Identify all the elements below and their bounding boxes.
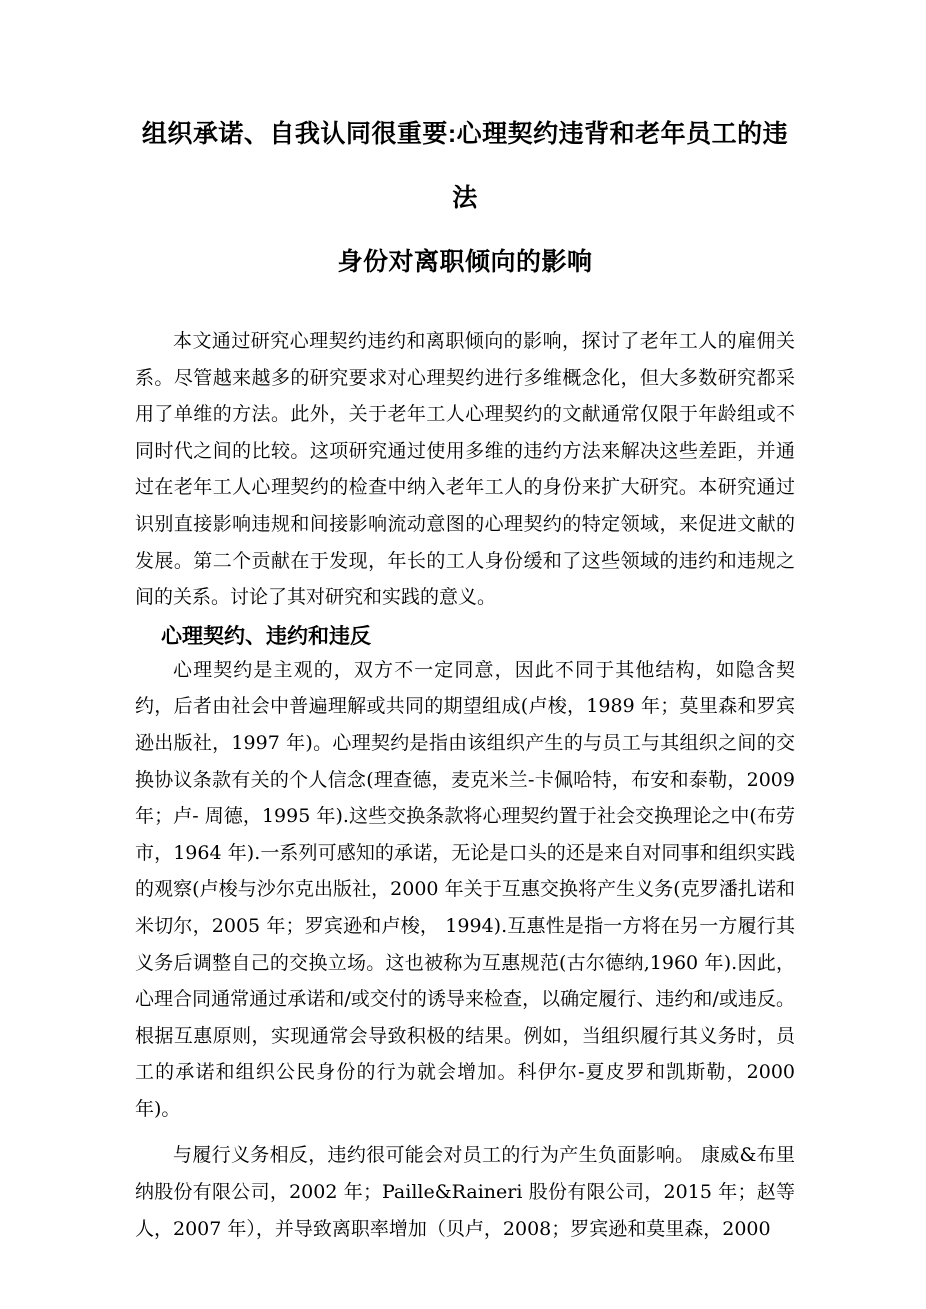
document-title: 组织承诺、自我认同很重要:心理契约违背和老年员工的违法 身份对离职倾向的影响 bbox=[135, 102, 795, 294]
title-line-1: 组织承诺、自我认同很重要:心理契约违背和老年员工的违法 bbox=[135, 102, 795, 230]
abstract-paragraph: 本文通过研究心理契约违约和离职倾向的影响，探讨了老年工人的雇佣关系。尽管越来越多… bbox=[135, 323, 795, 616]
document-page: 组织承诺、自我认同很重要:心理契约违背和老年员工的违法 身份对离职倾向的影响 本… bbox=[0, 0, 926, 1309]
body-paragraph-2: 与履行义务相反，违约很可能会对员工的行为产生负面影响。 康威&布里纳股份有限公司… bbox=[135, 1137, 795, 1247]
body-paragraph-1: 心理契约是主观的，双方不一定同意，因此不同于其他结构，如隐含契约，后者由社会中普… bbox=[135, 652, 795, 1128]
title-line-2: 身份对离职倾向的影响 bbox=[135, 230, 795, 294]
section-heading: 心理契约、违约和违反 bbox=[135, 622, 795, 652]
